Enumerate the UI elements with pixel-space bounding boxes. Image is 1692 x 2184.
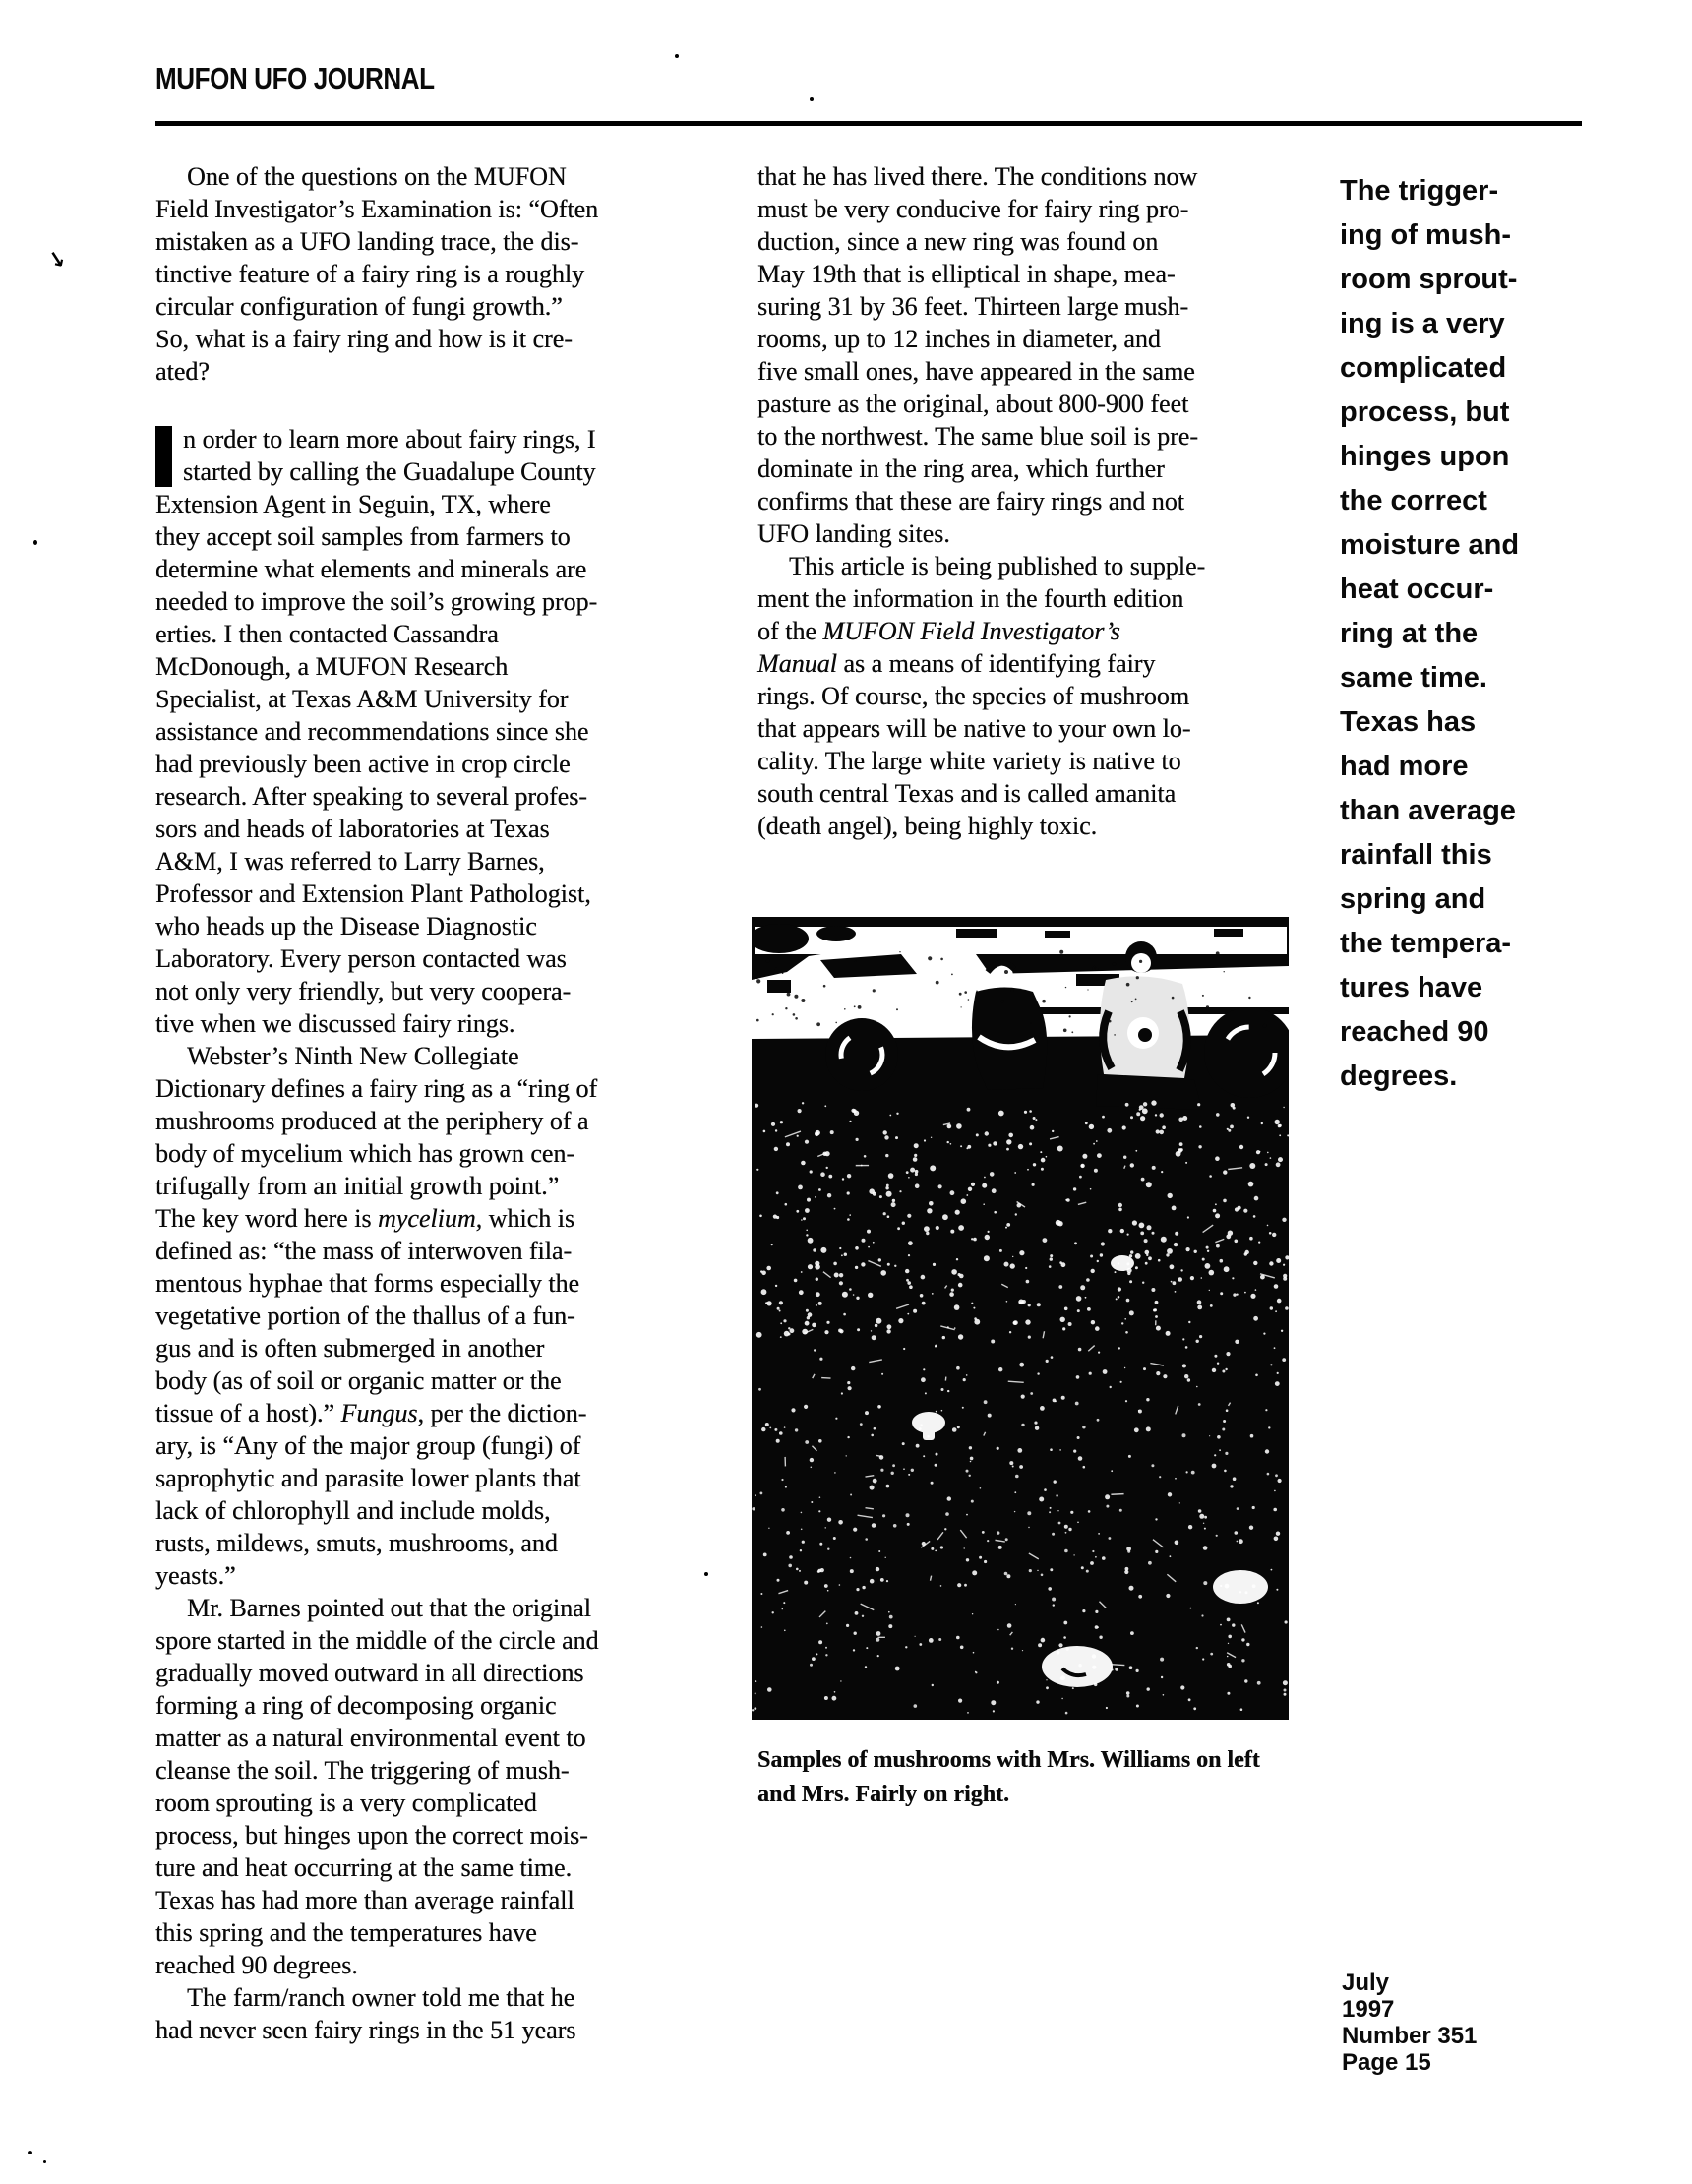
text-line: saprophytic and parasite lower plants th… [155,1462,698,1494]
photo-caption: Samples of mushrooms with Mrs. Williams … [757,1743,1332,1812]
scan-artifact-dot [43,2160,46,2163]
text-line: Professor and Extension Plant Pathologis… [155,878,698,910]
photo-image [752,917,1289,1720]
text-line: One of the questions on the MUFON [155,160,698,193]
text-line: forming a ring of decomposing organic [155,1689,698,1722]
text-line: gradually moved outward in all direction… [155,1657,698,1689]
text-line: Texas has [1340,700,1582,745]
scan-artifact-arrow: ↘ [45,246,68,273]
text-line: lack of chlorophyll and include molds, [155,1494,698,1527]
text-line: room sprout- [1340,258,1582,302]
truck-mirror-shape [767,980,791,993]
text-line: A&M, I was referred to Larry Barnes, [155,845,698,878]
text-line: Dictionary defines a fairy ring as a “ri… [155,1072,698,1105]
text-line: n order to learn more about fairy rings,… [155,423,698,455]
text-line: rusts, mildews, smuts, mushrooms, and [155,1527,698,1559]
text-line: spore started in the middle of the circl… [155,1624,698,1657]
text-line: UFO landing sites. [757,517,1297,550]
text-line: (death angel), being highly toxic. [757,810,1297,842]
journal-masthead: MUFON UFO JOURNAL [155,61,435,96]
text-line: ary, is “Any of the major group (fungi) … [155,1429,698,1462]
text-line: matter as a natural environmental event … [155,1722,698,1754]
text-line: assistance and recommendations since she [155,715,698,748]
text-line: defined as: “the mass of interwoven fila… [155,1235,698,1267]
text-line: rainfall this [1340,833,1582,878]
text-line: ing of mush- [1340,213,1582,258]
text-line: tures have [1340,966,1582,1010]
text-line: complicated [1340,346,1582,391]
text-line: hinges upon [1340,435,1582,479]
text-line: spring and [1340,878,1582,922]
paragraph: This article is being published to suppl… [757,550,1297,842]
text-line: 1997 [1342,1996,1477,2023]
text-line: south central Texas and is called amanit… [757,777,1297,810]
text-line: yeasts.” [155,1559,698,1592]
text-line: Field Investigator’s Examination is: “Of… [155,193,698,225]
text-line: determine what elements and minerals are [155,553,698,585]
paragraph: Webster’s Ninth New CollegiateDictionary… [155,1040,698,1592]
header-rule [155,121,1582,126]
text-line: ing is a very [1340,302,1582,346]
text-line: confirms that these are fairy rings and … [757,485,1297,517]
text-line: body (as of soil or organic matter or th… [155,1365,698,1397]
paragraph: that he has lived there. The conditions … [757,160,1297,550]
text-line: Samples of mushrooms with Mrs. Williams … [757,1743,1332,1778]
text-line: not only very friendly, but very coopera… [155,975,698,1007]
text-line: trifugally from an initial growth point.… [155,1170,698,1202]
issue-footer: July1997Number 351Page 15 [1342,1970,1477,2076]
text-line: circular configuration of fungi growth.” [155,290,698,323]
text-line: of the MUFON Field Investigator’s [757,615,1297,647]
text-line: that appears will be native to your own … [757,712,1297,745]
text-line: The farm/ranch owner told me that he [155,1981,698,2014]
text-line: had more [1340,745,1582,789]
text-line: the correct [1340,479,1582,523]
text-line: reached 90 degrees. [155,1949,698,1981]
text-line: research. After speaking to several prof… [155,780,698,813]
text-line: Mr. Barnes pointed out that the original [155,1592,698,1624]
text-line: ture and heat occurring at the same time… [155,1851,698,1884]
scan-artifact-dot [675,54,679,58]
text-line: started by calling the Guadalupe County [155,455,698,488]
text-line: Extension Agent in Seguin, TX, where [155,488,698,520]
text-line: rings. Of course, the species of mushroo… [757,680,1297,712]
text-line: cleanse the soil. The triggering of mush… [155,1754,698,1787]
text-line: five small ones, have appeared in the sa… [757,355,1297,388]
text-line: So, what is a fairy ring and how is it c… [155,323,698,355]
text-line: rooms, up to 12 inches in diameter, and [757,323,1297,355]
text-line: must be very conducive for fairy ring pr… [757,193,1297,225]
paragraph: The farm/ranch owner told me that hehad … [155,1981,698,2046]
truck-front-wheel [825,1018,898,1091]
text-line: ated? [155,355,698,388]
paragraph: One of the questions on the MUFONField I… [155,160,698,388]
text-line: Specialist, at Texas A&M University for [155,683,698,715]
text-line: degrees. [1340,1055,1582,1099]
text-line: gus and is often submerged in another [155,1332,698,1365]
text-line: tive when we discussed fairy rings. [155,1007,698,1040]
text-line: Page 15 [1342,2049,1477,2076]
text-line: reached 90 [1340,1010,1582,1055]
text-line: had never seen fairy rings in the 51 yea… [155,2014,698,2046]
text-line: process, but [1340,391,1582,435]
text-line: who heads up the Disease Diagnostic [155,910,698,942]
text-line: McDonough, a MUFON Research [155,650,698,683]
text-line: mentous hyphae that forms especially the [155,1267,698,1300]
text-line: mushrooms produced at the periphery of a [155,1105,698,1137]
text-line: pasture as the original, about 800-900 f… [757,388,1297,420]
article-photo [752,917,1289,1720]
text-line: erties. I then contacted Cassandra [155,618,698,650]
scan-artifact-dot [704,1572,708,1576]
text-line: Webster’s Ninth New Collegiate [155,1040,698,1072]
text-line: The trigger- [1340,169,1582,213]
text-line: Texas has had more than average rainfall [155,1884,698,1916]
drop-cap: I [155,426,172,487]
text-line: same time. [1340,656,1582,700]
text-line: tissue of a host).” Fungus, per the dict… [155,1397,698,1429]
column-left: One of the questions on the MUFONField I… [155,160,698,2046]
text-line: had previously been active in crop circl… [155,748,698,780]
text-line: needed to improve the soil’s growing pro… [155,585,698,618]
text-line: moisture and [1340,523,1582,568]
text-line: Manual as a means of identifying fairy [757,647,1297,680]
text-line: process, but hinges upon the correct moi… [155,1819,698,1851]
text-line: this spring and the temperatures have [155,1916,698,1949]
text-line: to the northwest. The same blue soil is … [757,420,1297,453]
text-line: duction, since a new ring was found on [757,225,1297,258]
paragraph: Mr. Barnes pointed out that the original… [155,1592,698,1981]
text-line: cality. The large white variety is nativ… [757,745,1297,777]
text-line: July [1342,1970,1477,1996]
text-line: tinctive feature of a fairy ring is a ro… [155,258,698,290]
scan-artifact-dot [810,97,814,101]
text-line: and Mrs. Fairly on right. [757,1778,1332,1812]
text-line: body of mycelium which has grown cen- [155,1137,698,1170]
text-line: ment the information in the fourth editi… [757,582,1297,615]
pull-quote: The trigger-ing of mush-room sprout-ing … [1340,169,1582,1099]
text-line: This article is being published to suppl… [757,550,1297,582]
text-line: suring 31 by 36 feet. Thirteen large mus… [757,290,1297,323]
text-line: dominate in the ring area, which further [757,453,1297,485]
text-line: that he has lived there. The conditions … [757,160,1297,193]
column-middle: that he has lived there. The conditions … [757,160,1297,842]
text-line: than average [1340,789,1582,833]
paragraph: In order to learn more about fairy rings… [155,423,698,1040]
scan-artifact-dot [33,540,37,545]
text-line: May 19th that is elliptical in shape, me… [757,258,1297,290]
text-line: they accept soil samples from farmers to [155,520,698,553]
text-line: Number 351 [1342,2023,1477,2049]
text-line: vegetative portion of the thallus of a f… [155,1300,698,1332]
text-line: the tempera- [1340,922,1582,966]
text-line: The key word here is mycelium, which is [155,1202,698,1235]
text-line: heat occur- [1340,568,1582,612]
text-line: ring at the [1340,612,1582,656]
scan-artifact-dot [28,2151,32,2154]
text-line: Laboratory. Every person contacted was [155,942,698,975]
magazine-page: MUFON UFO JOURNAL One of the questions o… [0,0,1692,2184]
text-line: room sprouting is a very complicated [155,1787,698,1819]
text-line: mistaken as a UFO landing trace, the dis… [155,225,698,258]
text-line: sors and heads of laboratories at Texas [155,813,698,845]
